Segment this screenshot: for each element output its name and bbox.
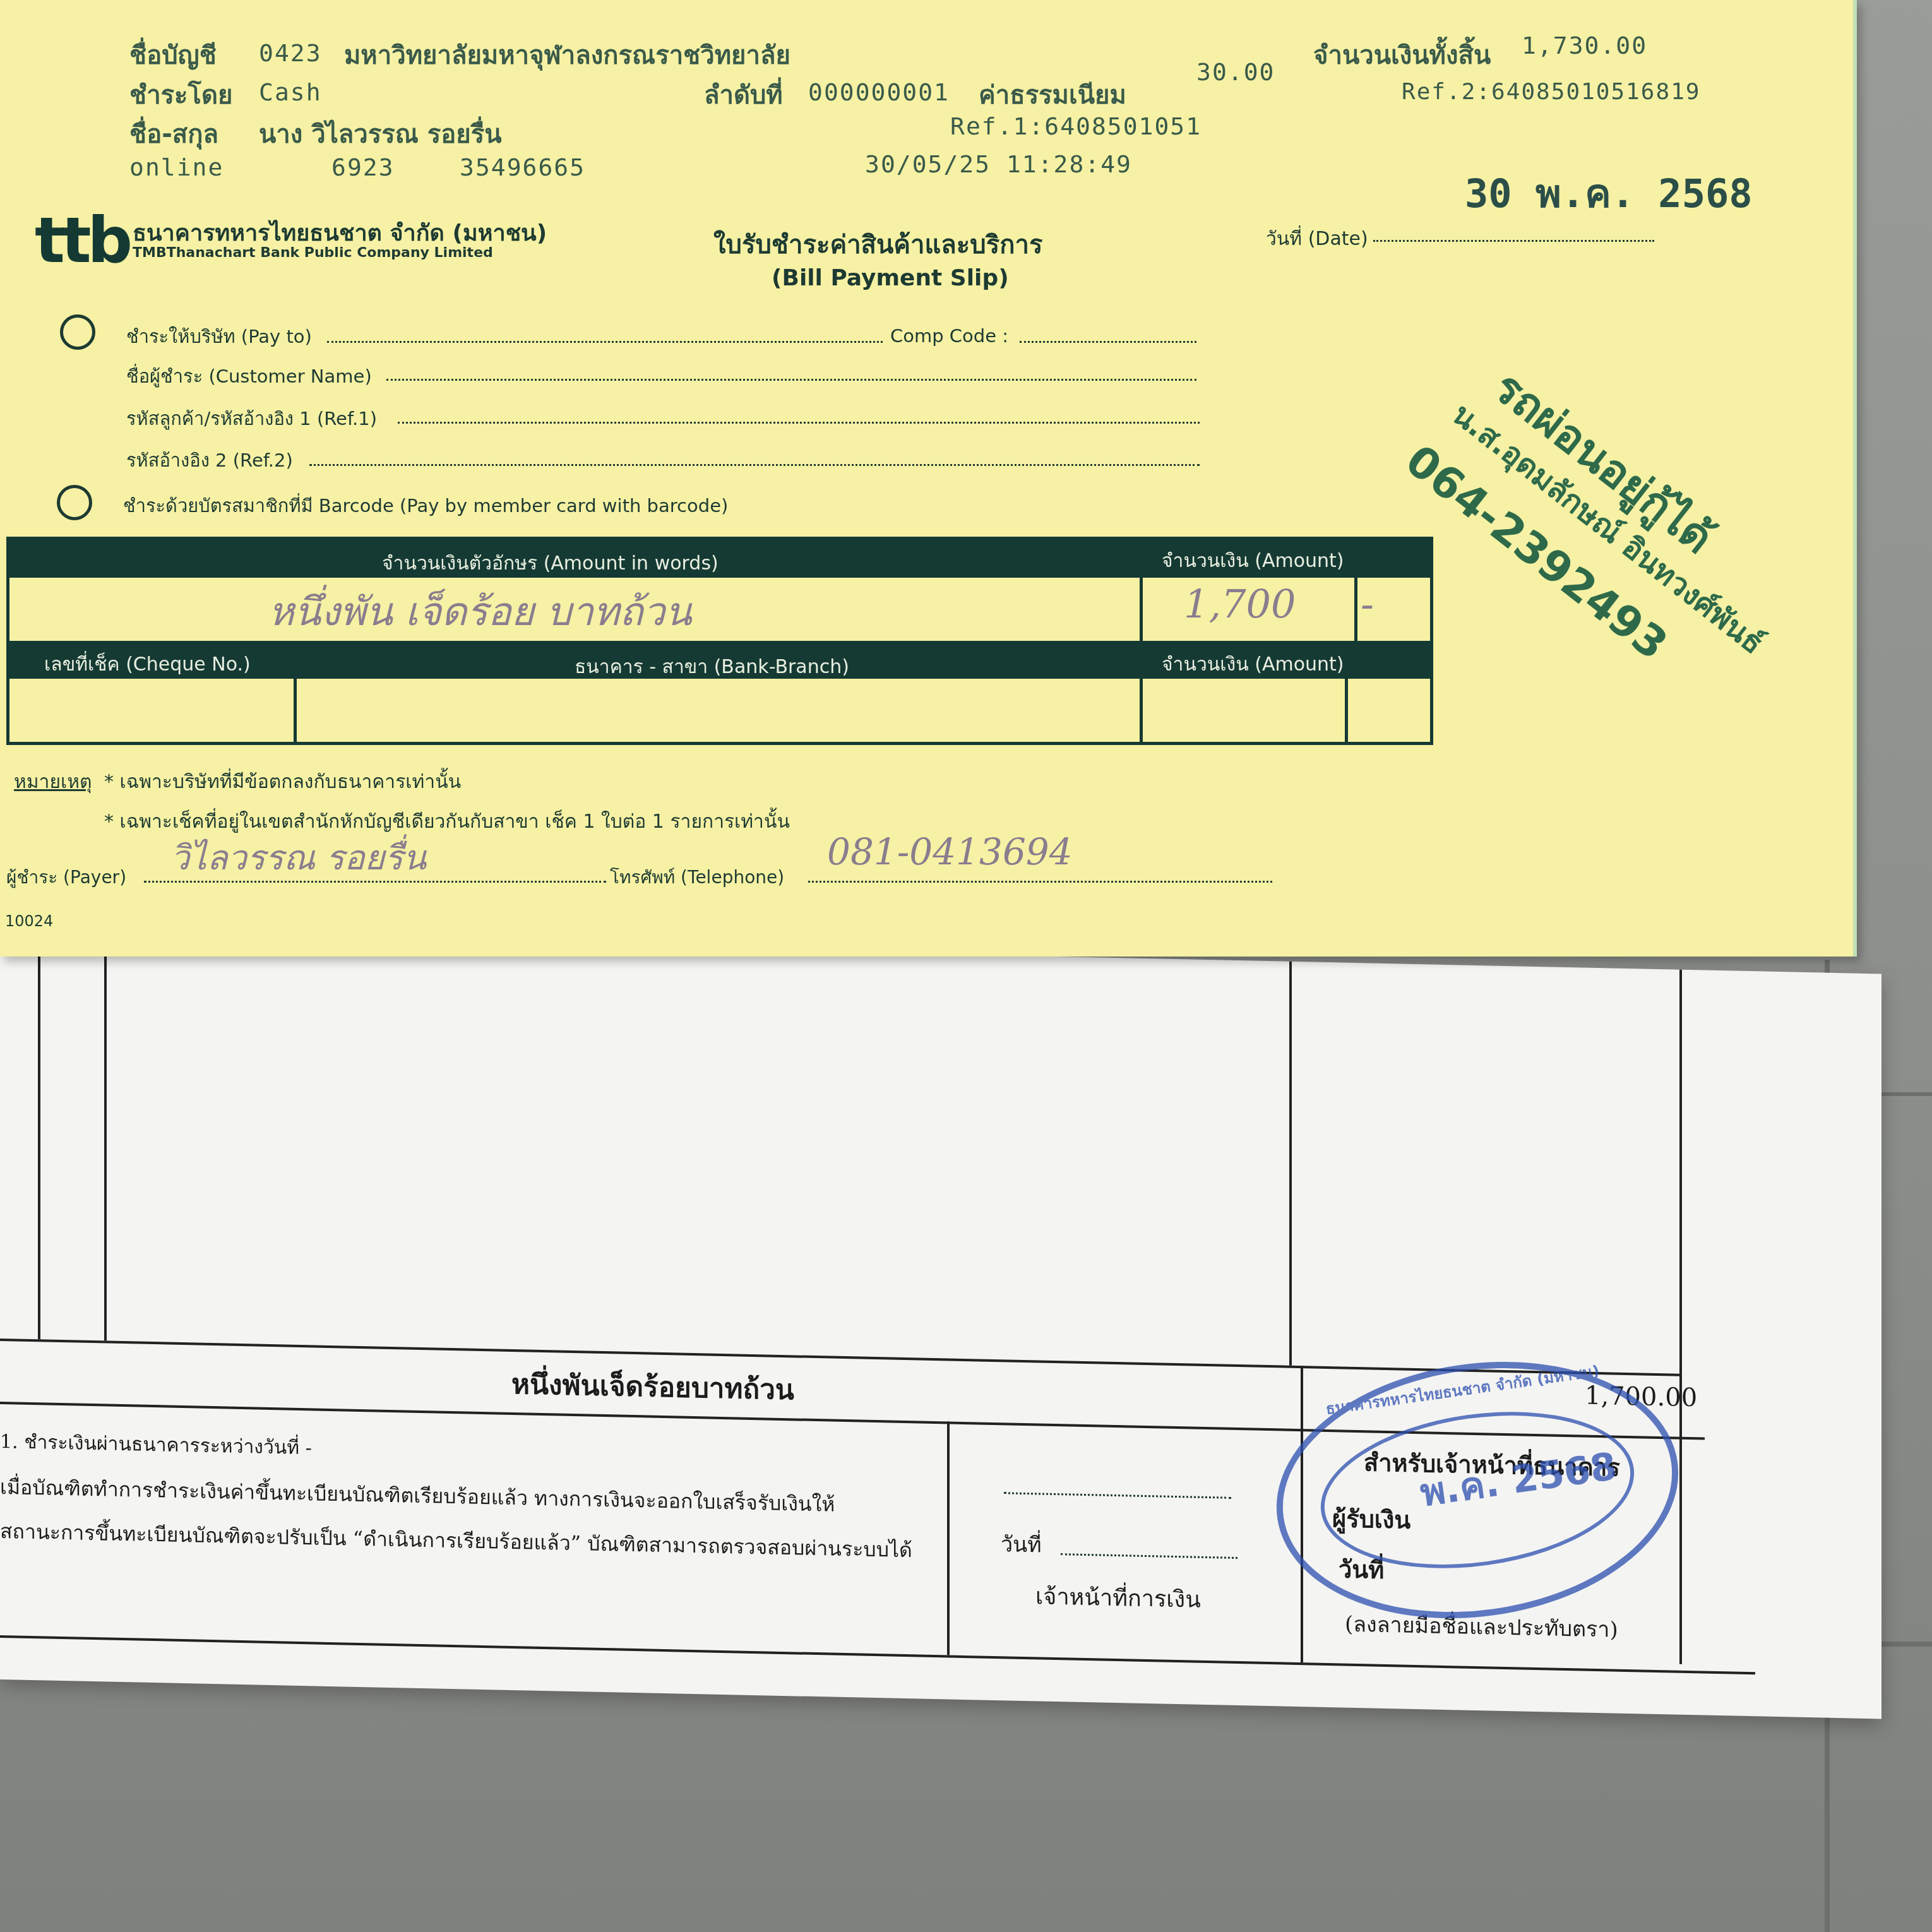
bank-branch-header: ธนาคาร - สาขา (Bank-Branch) [575, 652, 849, 682]
receipt-note-2: เมื่อบัณฑิตทำการชำระเงินค่าขึ้นทะเบียนบั… [0, 1471, 835, 1521]
barcode-option-label: ชำระด้วยบัตรสมาชิกที่มี Barcode (Pay by … [123, 491, 728, 520]
slip-title-th: ใบรับชำระค่าสินค้าและบริการ [713, 224, 1042, 265]
amount-in-words: หนึ่งพันเจ็ดร้อยบาทถ้วน [511, 1362, 794, 1412]
payer-label: ผู้ชำระ (Payer) [6, 864, 126, 891]
signature-line [1004, 1492, 1231, 1499]
amount-table: จำนวนเงินตัวอักษร (Amount in words) จำนว… [6, 537, 1433, 745]
ref2-label: รหัสอ้างอิง 2 (Ref.2) [126, 446, 293, 475]
account-label: ชื่อบัญชี [129, 35, 217, 75]
amount-header-2: จำนวนเงิน (Amount) [1162, 650, 1344, 679]
ref2-field[interactable] [309, 464, 1200, 466]
fee-label: ค่าธรรมเนียม [979, 75, 1126, 115]
total-label: จำนวนเงินทั้งสิ้น [1313, 35, 1491, 75]
total-amount: 1,730.00 [1522, 32, 1647, 59]
ref1-printed: Ref.1:6408501051 [950, 112, 1202, 140]
paid-by: Cash [259, 78, 322, 106]
amount-handwritten[interactable]: 1,700 [1184, 581, 1296, 627]
branch-code: 6923 [331, 153, 395, 181]
slip-title-en: (Bill Payment Slip) [772, 265, 1009, 291]
university-receipt: หนึ่งพันเจ็ดร้อยบาทถ้วน 1,700.00 1. ชำระ… [0, 934, 1881, 1719]
cheque-amount-field[interactable] [1143, 679, 1345, 739]
pay-to-label: ชำระให้บริษัท (Pay to) [126, 322, 312, 351]
satang-handwritten[interactable]: - [1361, 581, 1374, 627]
txn-no: 35496665 [460, 153, 585, 181]
barcode-radio[interactable] [57, 485, 92, 520]
name-value: นาง วิไลวรรณ รอยรื่น [259, 114, 502, 154]
pay-to-radio[interactable] [60, 314, 95, 350]
words-header: จำนวนเงินตัวอักษร (Amount in words) [382, 549, 719, 578]
table-line [104, 936, 107, 1340]
timestamp: 30/05/25 11:28:49 [865, 150, 1132, 178]
table-line [38, 935, 40, 1339]
phone-handwritten: 081-0413694 [827, 830, 1073, 873]
account-name: มหาวิทยาลัยมหาจุฬาลงกรณราชวิทยาลัย [344, 35, 790, 75]
finance-officer-label: เจ้าหน้าที่การเงิน [1035, 1578, 1201, 1617]
comp-code-field[interactable] [1020, 341, 1196, 343]
seq-label: ลำดับที่ [704, 75, 783, 115]
customer-name-label: ชื่อผู้ชำระ (Customer Name) [126, 362, 372, 391]
form-code: 10024 [5, 912, 53, 930]
amount-words-handwritten[interactable]: หนึ่งพัน เจ็ดร้อย บาทถ้วน [268, 581, 692, 643]
amount-header: จำนวนเงิน (Amount) [1162, 546, 1344, 576]
table-line [1679, 970, 1682, 1664]
date-field-label: วันที่ (Date) [1266, 224, 1368, 254]
account-no: 0423 [259, 39, 322, 67]
seq-no: 000000001 [808, 78, 950, 106]
table-line [947, 1421, 950, 1655]
finance-date-line [1061, 1553, 1237, 1559]
cheque-no-field[interactable] [9, 679, 294, 739]
name-label: ชื่อ-สกุล [129, 114, 218, 154]
receipt-note-3: สถานะการขึ้นทะเบียนบัณฑิตจะปรับเป็น “ดำเ… [0, 1515, 912, 1566]
bill-payment-slip: ชื่อบัญชี 0423 มหาวิทยาลัยมหาจุฬาลงกรณรา… [0, 0, 1857, 957]
ref2-printed: Ref.2:64085010516819 [1402, 79, 1700, 105]
phone-label: โทรศัพท์ (Telephone) [610, 864, 784, 891]
phone-field[interactable] [808, 881, 1272, 883]
fee-amount: 30.00 [1196, 58, 1275, 86]
channel: online [129, 153, 224, 181]
bank-name-en: TMBThanachart Bank Public Company Limite… [133, 245, 493, 261]
bank-branch-field[interactable] [297, 679, 1140, 739]
customer-name-field[interactable] [386, 379, 1196, 381]
paid-by-label: ชำระโดย [129, 75, 232, 115]
pay-to-field[interactable] [327, 341, 883, 343]
ttb-logo: ttb [35, 203, 129, 277]
remarks-label: หมายเหตุ [14, 767, 92, 797]
ref1-field[interactable] [398, 422, 1200, 424]
remark-1: * เฉพาะบริษัทที่มีข้อตกลงกับธนาคารเท่านั… [104, 767, 461, 797]
date-stamp: 30 พ.ค. 2568 [1465, 163, 1753, 225]
date-field-line[interactable] [1373, 240, 1654, 242]
receipt-note-1: 1. ชำระเงินผ่านธนาคารระหว่างวันที่ - [0, 1427, 312, 1463]
finance-date-label: วันที่ [1001, 1527, 1042, 1561]
cheque-header: เลขที่เช็ค (Cheque No.) [44, 650, 251, 679]
ref1-label: รหัสลูกค้า/รหัสอ้างอิง 1 (Ref.1) [126, 404, 377, 433]
table-line [1289, 962, 1292, 1366]
payer-signature: วิไลวรรณ รอยรื่น [170, 830, 426, 885]
comp-code-label: Comp Code : [890, 325, 1008, 347]
